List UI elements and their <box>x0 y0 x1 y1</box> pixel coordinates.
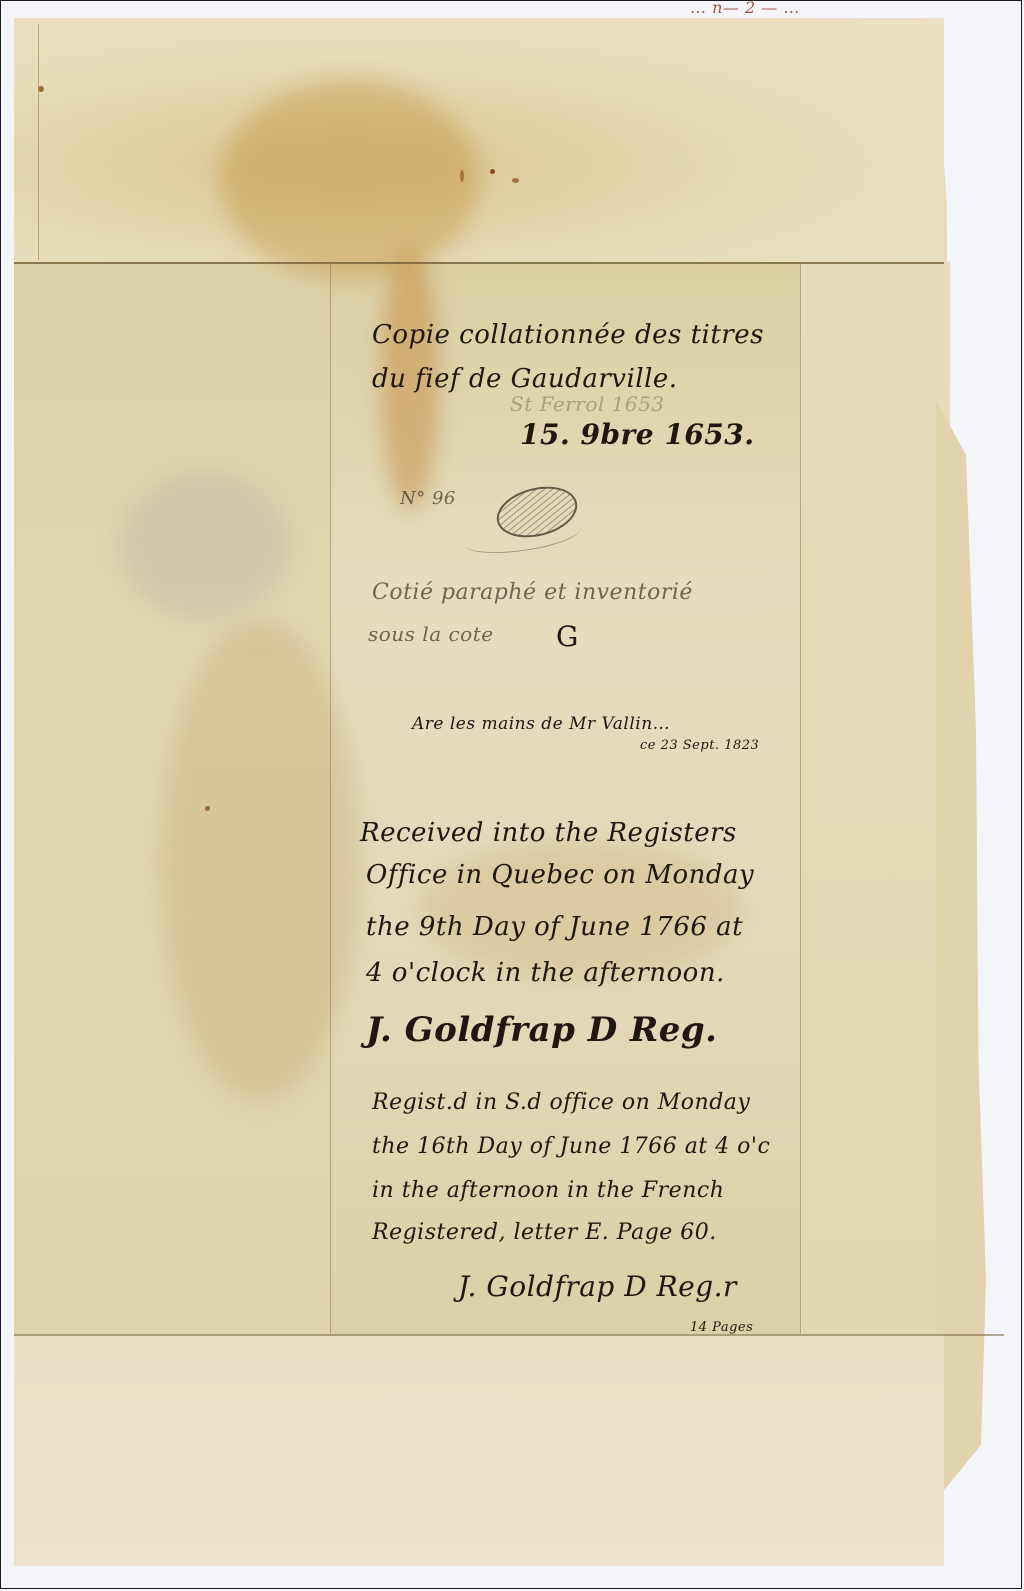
right-fold-panel <box>800 262 950 1334</box>
reference-number: N° 96 <box>400 488 456 509</box>
inventory-line1: Cotié paraphé et inventorié <box>372 580 693 605</box>
registration2-line3: in the afternoon in the French <box>372 1178 724 1203</box>
registration1-line4: 4 o'clock in the afternoon. <box>366 958 725 988</box>
registration2-line4: Registered, letter E. Page 60. <box>372 1220 717 1245</box>
water-stain <box>220 80 480 280</box>
rust-spot <box>490 169 495 174</box>
rust-spot <box>512 178 519 183</box>
fold-line <box>38 24 39 260</box>
registration2-line2: the 16th Day of June 1766 at 4 o'c <box>372 1134 770 1159</box>
registration2-line1: Regist.d in S.d office on Monday <box>372 1090 750 1115</box>
faint-overwrite: St Ferrol 1653 <box>510 392 665 416</box>
inventory-line2: sous la cote <box>368 622 494 646</box>
fold-line <box>14 1334 1004 1336</box>
fold-line <box>14 262 944 264</box>
remittance-line2: ce 23 Sept. 1823 <box>640 738 759 753</box>
fold-line <box>330 262 331 1334</box>
registration1-line3: the 9th Day of June 1766 at <box>366 912 743 942</box>
registration2-signature: J. Goldfrap D Reg.r <box>458 1270 737 1303</box>
fold-line <box>800 262 801 1334</box>
pages-note: 14 Pages <box>690 1320 753 1335</box>
remittance-line1: Are les mains de Mr Vallin… <box>412 714 670 734</box>
water-stain <box>120 470 290 620</box>
top-fold-panel <box>14 18 944 262</box>
rust-spot <box>205 806 210 811</box>
registration1-line2: Office in Quebec on Monday <box>366 860 754 890</box>
docket-title-line2: du fief de Gaudarville. <box>372 364 678 394</box>
top-edge-note: … n— 2 — … <box>690 0 800 17</box>
docket-title-line1: Copie collationnée des titres <box>372 320 764 350</box>
registration1-signature: J. Goldfrap D Reg. <box>366 1010 718 1050</box>
registration1-line1: Received into the Registers <box>360 818 737 848</box>
bottom-fold-panel <box>14 1334 944 1566</box>
inventory-letter: G <box>556 620 579 653</box>
rust-spot <box>460 170 464 182</box>
docket-date: 15. 9bre 1653. <box>520 418 755 451</box>
